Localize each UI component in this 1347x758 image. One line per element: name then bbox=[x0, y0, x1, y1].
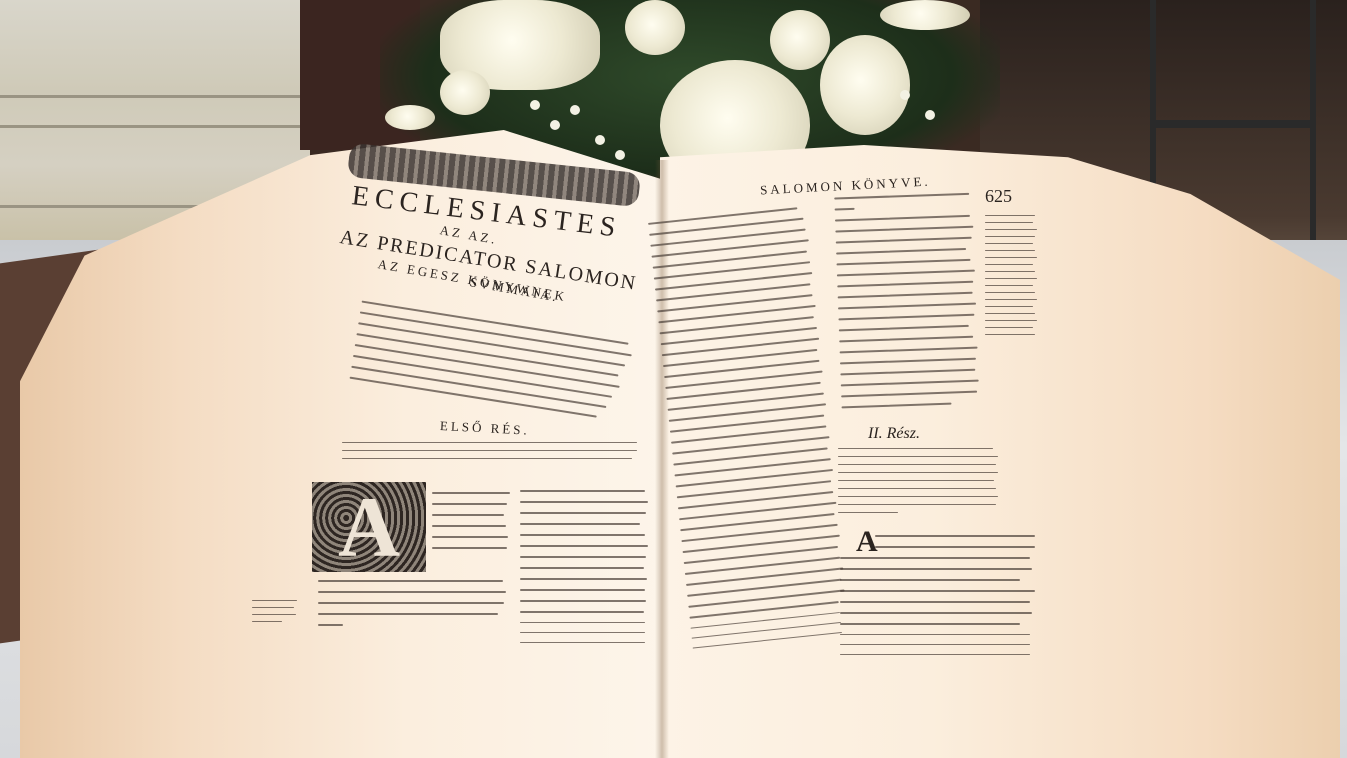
pillar-band bbox=[0, 125, 310, 128]
white-lily bbox=[880, 0, 970, 30]
babys-breath bbox=[595, 135, 605, 145]
illuminated-drop-cap-left: A bbox=[312, 482, 426, 572]
babys-breath bbox=[900, 90, 910, 100]
white-rose bbox=[385, 105, 435, 130]
babys-breath bbox=[530, 100, 540, 110]
chair-leg bbox=[1310, 0, 1316, 270]
white-rose bbox=[440, 70, 490, 115]
margin-note-right bbox=[985, 215, 1045, 341]
chapter-summary-left bbox=[342, 442, 642, 466]
babys-breath bbox=[570, 105, 580, 115]
babys-breath bbox=[550, 120, 560, 130]
page-number: 625 bbox=[985, 186, 1012, 207]
verses-3-7-text bbox=[520, 490, 650, 652]
verse-2-text bbox=[318, 580, 508, 635]
chapter-summary-right bbox=[838, 448, 998, 520]
right-column-2-lower-text bbox=[840, 535, 1040, 664]
white-rose bbox=[820, 35, 910, 135]
chair-rail bbox=[1150, 120, 1316, 128]
babys-breath bbox=[925, 110, 935, 120]
chapter-heading-right: II. Rész. bbox=[868, 425, 920, 443]
white-rose bbox=[625, 0, 685, 55]
white-rose bbox=[770, 10, 830, 70]
babys-breath bbox=[615, 150, 625, 160]
pillar-band bbox=[0, 95, 310, 98]
right-column-2-upper-text bbox=[834, 193, 982, 418]
margin-note-left bbox=[252, 600, 302, 628]
verse-1-text bbox=[432, 492, 512, 558]
